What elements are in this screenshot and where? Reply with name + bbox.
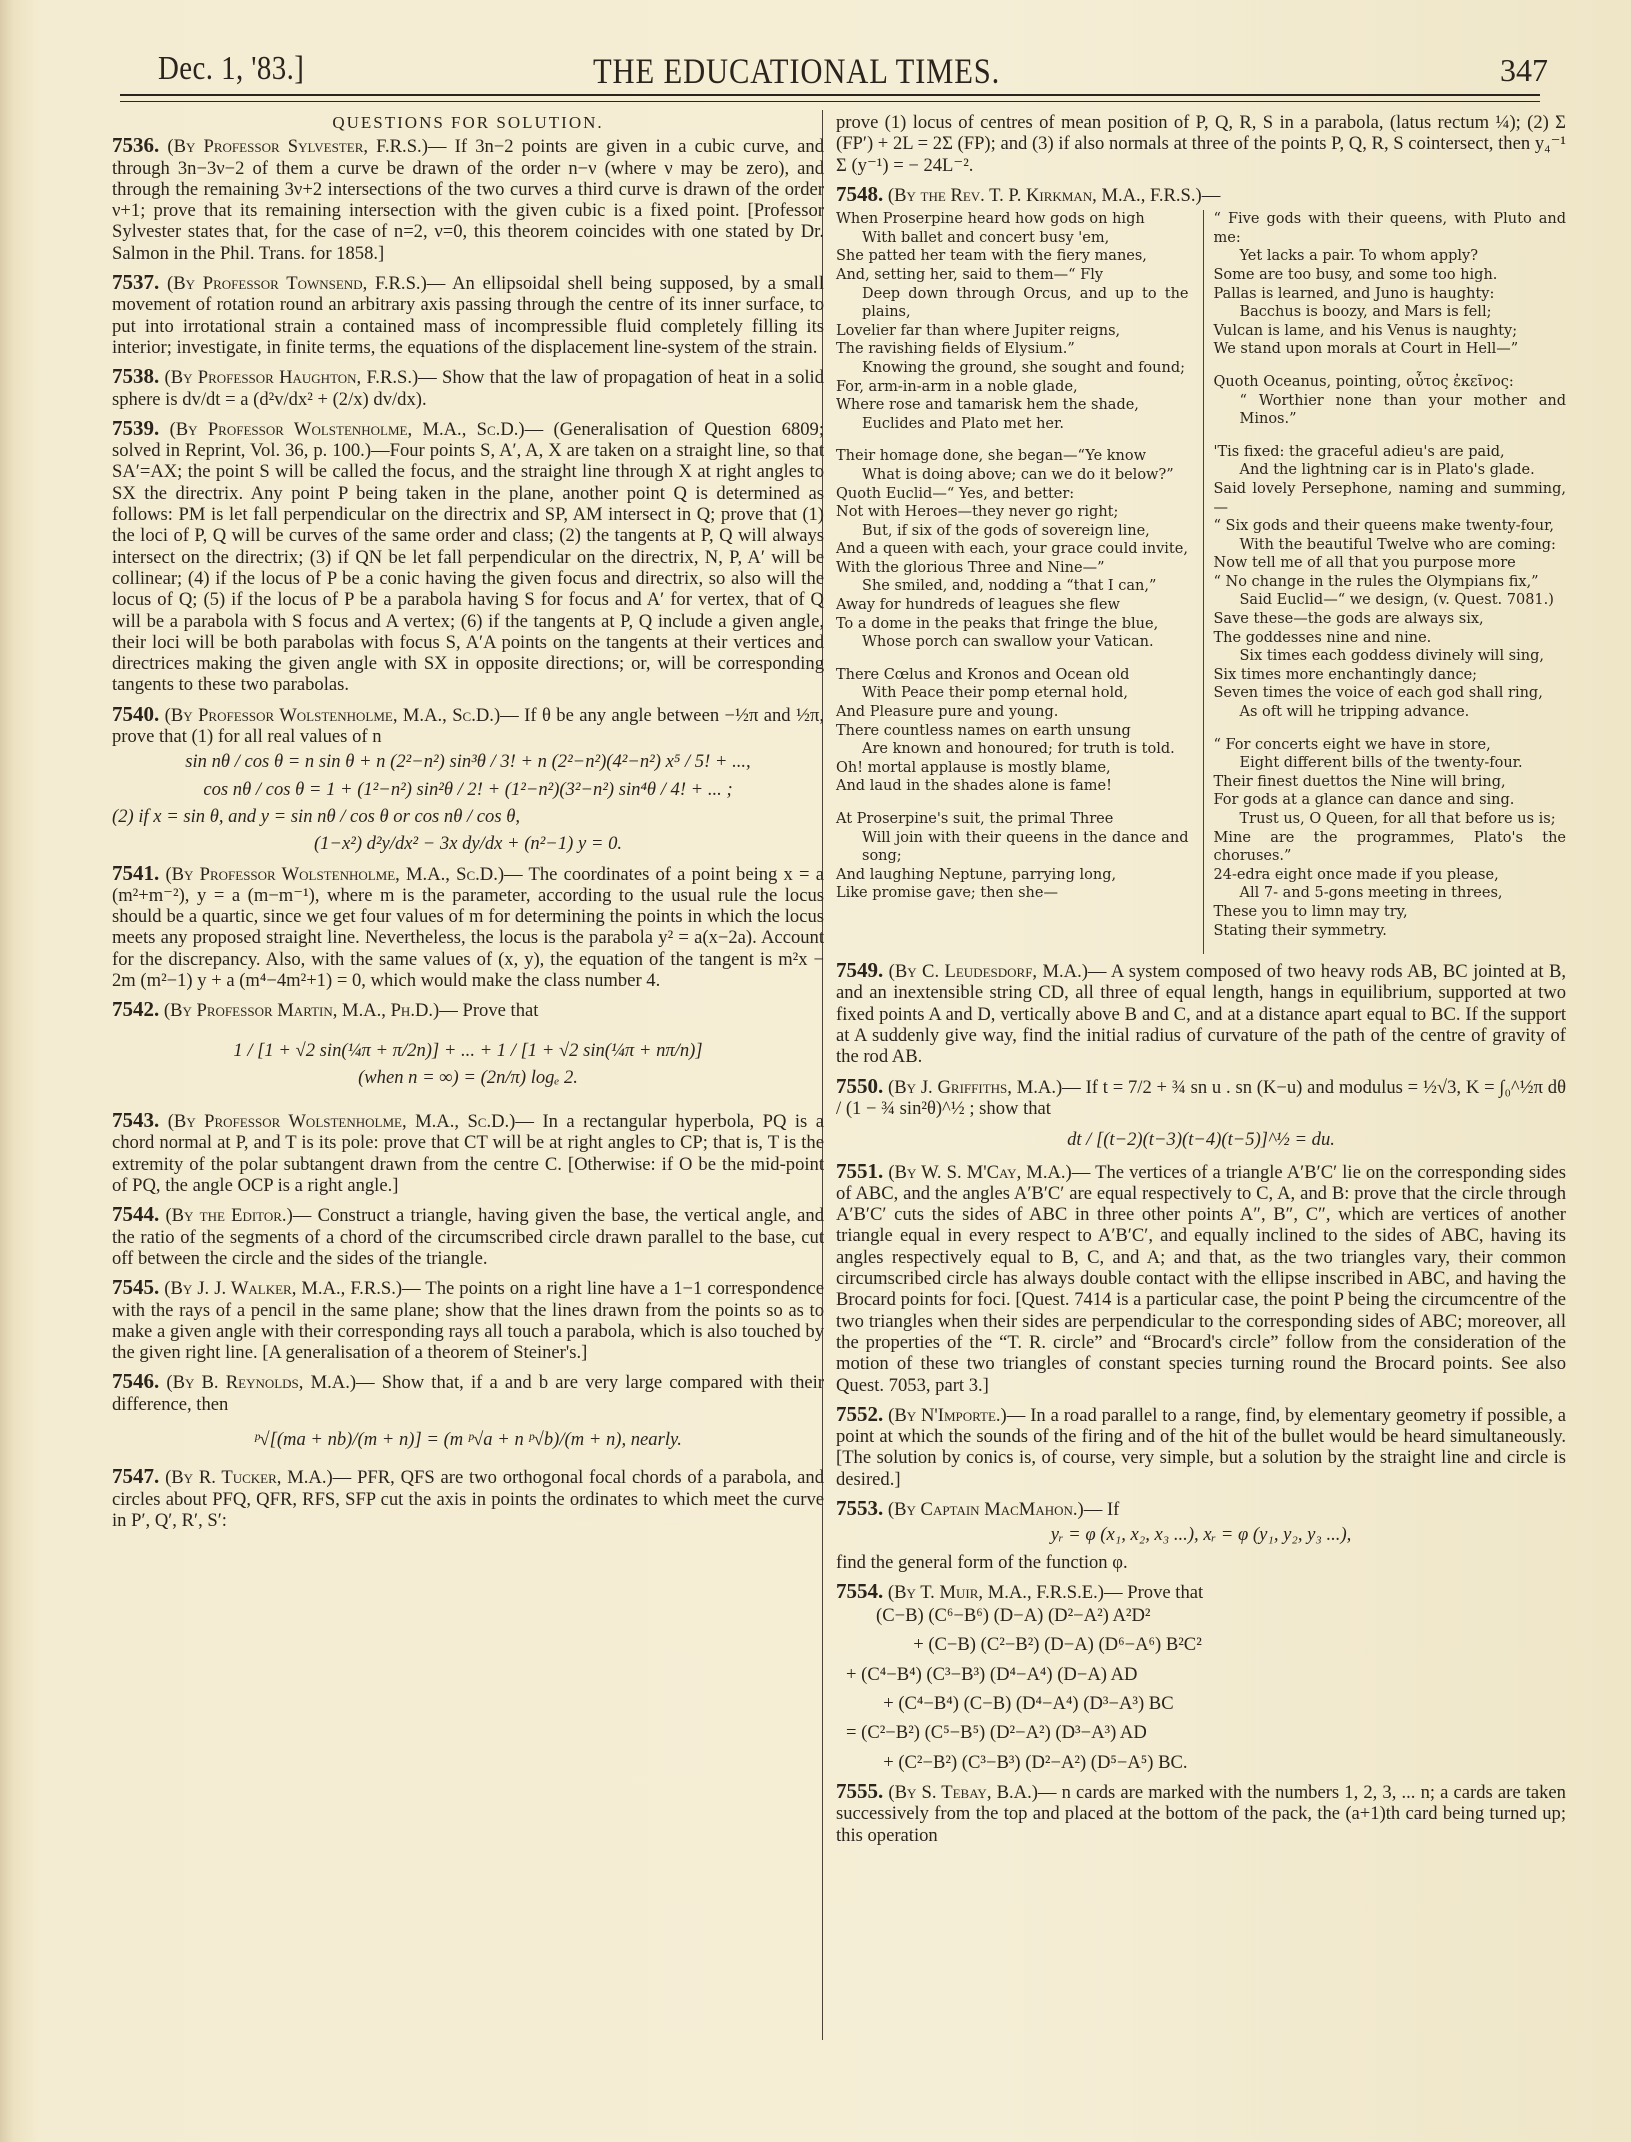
poem-line: With Peace their pomp eternal hold, [836,684,1189,703]
question-number: 7552. [836,1402,883,1426]
poem-stanza: “ Five gods with their queens, with Plut… [1214,210,1567,359]
poem-line: And a queen with each, your grace could … [836,540,1189,559]
poem-line: With the glorious Three and Nine—” [836,559,1189,578]
question-author: (By B. Reynolds, M.A.)— [166,1372,374,1393]
question-number: 7536. [112,133,159,157]
question-number: 7537. [112,270,159,294]
right-column: prove (1) locus of centres of mean posit… [830,112,1566,1854]
question-author: (By Professor Townsend, F.R.S.)— [167,273,445,294]
poem-line: Eight different bills of the twenty-four… [1214,754,1567,773]
question-7537: 7537. (By Professor Townsend, F.R.S.)— A… [112,272,824,358]
question-number: 7555. [836,1779,883,1803]
question-author: (By Professor Wolstenholme, M.A., Sc.D.)… [165,864,522,885]
question-number: 7549. [836,958,883,982]
poem-line: Deep down through Orcus, and up to the p… [836,285,1189,322]
question-author: (By S. Tebay, B.A.)— [888,1782,1056,1803]
equation: + (C−B) (C²−B²) (D−A) (D⁶−A⁶) B²C² [836,1634,1566,1655]
poem-line: Mine are the programmes, Plato's the cho… [1214,829,1567,866]
poem-line: Six times more enchantingly dance; [1214,666,1567,685]
poem-stanza: At Proserpine's suit, the primal ThreeWi… [836,810,1189,903]
question-text: Prove that [1127,1582,1203,1603]
equation: (2) if x = sin θ, and y = sin nθ / cos θ… [112,806,824,827]
poem-line: Quoth Oceanus, pointing, οὖτος ἐκεῖνος: [1214,373,1567,392]
equation: (1−x²) d²y/dx² − 3x dy/dx + (n²−1) y = 0… [112,833,824,854]
equation: dt / [(t−2)(t−3)(t−4)(t−5)]^½ = du. [836,1129,1566,1150]
question-7550: 7550. (By J. Griffiths, M.A.)— If t = 7/… [836,1076,1566,1151]
poem-line: Said Euclid—“ we design, (v. Quest. 7081… [1214,591,1567,610]
question-7552: 7552. (By N'Importe.)— In a road paralle… [836,1404,1566,1490]
poem-line: Away for hundreds of leagues she flew [836,596,1189,615]
poem-stanza: When Proserpine heard how gods on highWi… [836,210,1189,433]
question-7544: 7544. (By the Editor.)— Construct a tria… [112,1204,824,1269]
poem-line: Knowing the ground, she sought and found… [836,359,1189,378]
poem-line: 'Tis fixed: the graceful adieu's are pai… [1214,443,1567,462]
question-7542: 7542. (By Professor Martin, M.A., Ph.D.)… [112,999,824,1088]
poem-line: Bacchus is boozy, and Mars is fell; [1214,303,1567,322]
question-author: (By the Editor.)— [165,1205,311,1226]
poem-line: Where rose and tamarisk hem the shade, [836,396,1189,415]
poem-line: With the beautiful Twelve who are coming… [1214,536,1567,555]
question-7555: 7555. (By S. Tebay, B.A.)— n cards are m… [836,1781,1566,1846]
poem-stanza: Their homage done, she began—“Ye knowWha… [836,447,1189,652]
poem-line: Their finest duettos the Nine will bring… [1214,773,1567,792]
poem-line: Vulcan is lame, and his Venus is naughty… [1214,322,1567,341]
issue-date: Dec. 1, '83.] [158,50,304,88]
question-number: 7551. [836,1159,883,1183]
poem-line: “ No change in the rules the Olympians f… [1214,573,1567,592]
question-author: (By J. Griffiths, M.A.)— [888,1077,1081,1098]
question-author: (By N'Importe.)— [888,1405,1025,1426]
poem-line: Trust us, O Queen, for all that before u… [1214,810,1567,829]
question-7541: 7541. (By Professor Wolstenholme, M.A., … [112,863,824,992]
poem-line: For, arm-in-arm in a noble glade, [836,378,1189,397]
poem-line: Whose porch can swallow your Vatican. [836,633,1189,652]
poem-line: Yet lacks a pair. To whom apply? [1214,247,1567,266]
question-7549: 7549. (By C. Leudesdorf, M.A.)— A system… [836,960,1566,1067]
poem-line: As oft will he tripping advance. [1214,703,1567,722]
equation: yᵣ = φ (x₁, x₂, x₃ ...), xᵣ = φ (y₁, y₂,… [836,1524,1566,1545]
equation: = (C²−B²) (C⁵−B⁵) (D²−A²) (D³−A³) AD [836,1722,1566,1743]
poem-line: For gods at a glance can dance and sing. [1214,791,1567,810]
header-rule-thin [120,101,1540,102]
question-number: 7550. [836,1074,883,1098]
poem-stanza: “ For concerts eight we have in store,Ei… [1214,736,1567,941]
poem-line: 24-edra eight once made if you please, [1214,866,1567,885]
poem-line: What is doing above; can we do it below?… [836,466,1189,485]
question-7546: 7546. (By B. Reynolds, M.A.)— Show that,… [112,1371,824,1450]
poem-line: These you to limn may try, [1214,903,1567,922]
equation: (C−B) (C⁶−B⁶) (D−A) (D²−A²) A²D² [836,1605,1566,1626]
question-7553: 7553. (By Captain MacMahon.)— If yᵣ = φ … [836,1498,1566,1573]
question-7547-continued: prove (1) locus of centres of mean posit… [836,112,1566,176]
poem-line: And, setting her, said to them—“ Fly [836,266,1189,285]
poem-line: But, if six of the gods of sovereign lin… [836,522,1189,541]
question-author: (By W. S. M'Cay, M.A.)— [888,1162,1090,1183]
page-number: 347 [1500,52,1548,89]
poem-line: She smiled, and, nodding a “that I can,” [836,577,1189,596]
poem-line: “ Five gods with their queens, with Plut… [1214,210,1567,247]
question-7540: 7540. (By Professor Wolstenholme, M.A., … [112,704,824,855]
poem-line: She patted her team with the fiery manes… [836,247,1189,266]
poem-line: “ Worthier none than your mother and Min… [1214,392,1567,429]
poem-line: With ballet and concert busy 'em, [836,229,1189,248]
poem-line: Stating their symmetry. [1214,922,1567,941]
question-number: 7545. [112,1275,159,1299]
question-author: (By Professor Martin, M.A., Ph.D.)— [164,1000,458,1021]
poem-line: There countless names on earth unsung [836,722,1189,741]
question-number: 7543. [112,1108,159,1132]
poem-line: Pallas is learned, and Juno is haughty: [1214,285,1567,304]
question-number: 7546. [112,1369,159,1393]
poem-line: Seven times the voice of each god shall … [1214,684,1567,703]
poem-line: Oh! mortal applause is mostly blame, [836,759,1189,778]
poem-line: To a dome in the peaks that fringe the b… [836,615,1189,634]
poem-line: And laughing Neptune, parrying long, [836,866,1189,885]
question-text: (Generalisation of Question 6809; solved… [112,419,824,696]
question-7536: 7536. (By Professor Sylvester, F.R.S.)— … [112,135,824,264]
question-author: (By Professor Wolstenholme, M.A., Sc.D.)… [165,705,519,726]
question-7548: 7548. (By the Rev. T. P. Kirkman, M.A., … [836,184,1566,206]
equation: + (C⁴−B⁴) (C³−B³) (D⁴−A⁴) (D−A) AD [836,1664,1566,1685]
question-number: 7554. [836,1579,883,1603]
question-author: (By C. Leudesdorf, M.A.)— [889,961,1107,982]
question-author: (By Professor Wolstenholme, M.A., Sc.D.)… [168,1111,534,1132]
question-text: Prove that [463,1000,539,1021]
question-7554: 7554. (By T. Muir, M.A., F.R.S.E.)— Prov… [836,1581,1566,1773]
question-author: (By J. J. Walker, M.A., F.R.S.)— [164,1278,420,1299]
equation: (when n = ∞) = (2n/π) logₑ 2. [112,1067,824,1088]
question-author: (By Professor Haughton, F.R.S.)— [165,367,437,388]
poem-stanza: Quoth Oceanus, pointing, οὖτος ἐκεῖνος:“… [1214,373,1567,429]
poem-line: Like promise gave; then she— [836,884,1189,903]
equation: cos nθ / cos θ = 1 + (1²−n²) sin²θ / 2! … [112,779,824,800]
poem-line: Now tell me of all that you purpose more [1214,554,1567,573]
question-7545: 7545. (By J. J. Walker, M.A., F.R.S.)— T… [112,1277,824,1363]
question-author: (By Professor Sylvester, F.R.S.)— [167,136,446,157]
question-author: (By R. Tucker, M.A.)— [165,1467,351,1488]
question-number: 7544. [112,1202,159,1226]
poem-line: Not with Heroes—they never go right; [836,503,1189,522]
poem-line: Some are too busy, and some too high. [1214,266,1567,285]
question-number: 7540. [112,702,159,726]
publication-title: THE EDUCATIONAL TIMES. [593,50,1000,92]
question-author: (By T. Muir, M.A., F.R.S.E.)— [888,1582,1123,1603]
poem-line: Will join with their queens in the dance… [836,829,1189,866]
poem-line: And the lightning car is in Plato's glad… [1214,461,1567,480]
poem: When Proserpine heard how gods on highWi… [836,210,1566,954]
poem-line: And Pleasure pure and young. [836,703,1189,722]
question-author: (By Captain MacMahon.)— [888,1499,1102,1520]
question-number: 7542. [112,997,159,1021]
question-text: find the general form of the function φ. [836,1552,1566,1573]
poem-line: Euclides and Plato met her. [836,415,1189,434]
poem-line: There Cœlus and Kronos and Ocean old [836,666,1189,685]
question-number: 7538. [112,364,159,388]
poem-line: We stand upon morals at Court in Hell—” [1214,340,1567,359]
poem-stanza: 'Tis fixed: the graceful adieu's are pai… [1214,443,1567,722]
header-rule-thick [120,94,1540,96]
question-author: (By the Rev. T. P. Kirkman, M.A., F.R.S.… [888,185,1220,206]
equation: + (C⁴−B⁴) (C−B) (D⁴−A⁴) (D³−A³) BC [836,1693,1566,1714]
poem-stanza: There Cœlus and Kronos and Ocean oldWith… [836,666,1189,796]
poem-line: And laud in the shades alone is fame! [836,777,1189,796]
poem-line: The ravishing fields of Elysium.” [836,340,1189,359]
poem-line: All 7- and 5-gons meeting in threes, [1214,884,1567,903]
poem-right-column: “ Five gods with their queens, with Plut… [1203,210,1567,954]
question-7547: 7547. (By R. Tucker, M.A.)— PFR, QFS are… [112,1466,824,1531]
question-7543: 7543. (By Professor Wolstenholme, M.A., … [112,1110,824,1196]
poem-line: Lovelier far than where Jupiter reigns, [836,322,1189,341]
left-column: QUESTIONS FOR SOLUTION. 7536. (By Profes… [112,112,824,1539]
equation: ᵖ√[(ma + nb)/(m + n)] = (m ᵖ√a + n ᵖ√b)/… [112,1429,824,1450]
question-text: The vertices of a triangle A′B′C′ lie on… [836,1162,1566,1396]
question-text: If [1107,1499,1119,1520]
poem-line: Are known and honoured; for truth is tol… [836,740,1189,759]
poem-line: “ Six gods and their queens make twenty-… [1214,517,1567,536]
question-number: 7553. [836,1496,883,1520]
poem-line: At Proserpine's suit, the primal Three [836,810,1189,829]
poem-line: Quoth Euclid—“ Yes, and better: [836,485,1189,504]
poem-line: Save these—the gods are always six, [1214,610,1567,629]
poem-left-column: When Proserpine heard how gods on highWi… [836,210,1189,954]
question-7539: 7539. (By Professor Wolstenholme, M.A., … [112,418,824,696]
equation: sin nθ / cos θ = n sin θ + n (2²−n²) sin… [112,751,824,772]
poem-line: “ For concerts eight we have in store, [1214,736,1567,755]
equation: + (C²−B²) (C³−B³) (D²−A²) (D⁵−A⁵) BC. [836,1752,1566,1773]
question-number: 7547. [112,1464,159,1488]
section-title: QUESTIONS FOR SOLUTION. [112,112,824,133]
poem-line: Said lovely Persephone, naming and summi… [1214,480,1567,517]
poem-line: The goddesses nine and nine. [1214,629,1567,648]
poem-line: Six times each goddess divinely will sin… [1214,647,1567,666]
question-text: prove (1) locus of centres of mean posit… [836,112,1566,176]
question-7551: 7551. (By W. S. M'Cay, M.A.)— The vertic… [836,1161,1566,1396]
question-number: 7541. [112,861,159,885]
question-7538: 7538. (By Professor Haughton, F.R.S.)— S… [112,366,824,410]
equation: 1 / [1 + √2 sin(¼π + π/2n)] + ... + 1 / … [112,1040,824,1061]
page-header: Dec. 1, '83.] THE EDUCATIONAL TIMES. 347 [158,42,1548,102]
poem-line: When Proserpine heard how gods on high [836,210,1189,229]
poem-line: Their homage done, she began—“Ye know [836,447,1189,466]
question-number: 7548. [836,182,883,206]
newspaper-page: Dec. 1, '83.] THE EDUCATIONAL TIMES. 347… [0,0,1631,2142]
question-author: (By Professor Wolstenholme, M.A., Sc.D.)… [170,419,544,440]
question-number: 7539. [112,416,159,440]
